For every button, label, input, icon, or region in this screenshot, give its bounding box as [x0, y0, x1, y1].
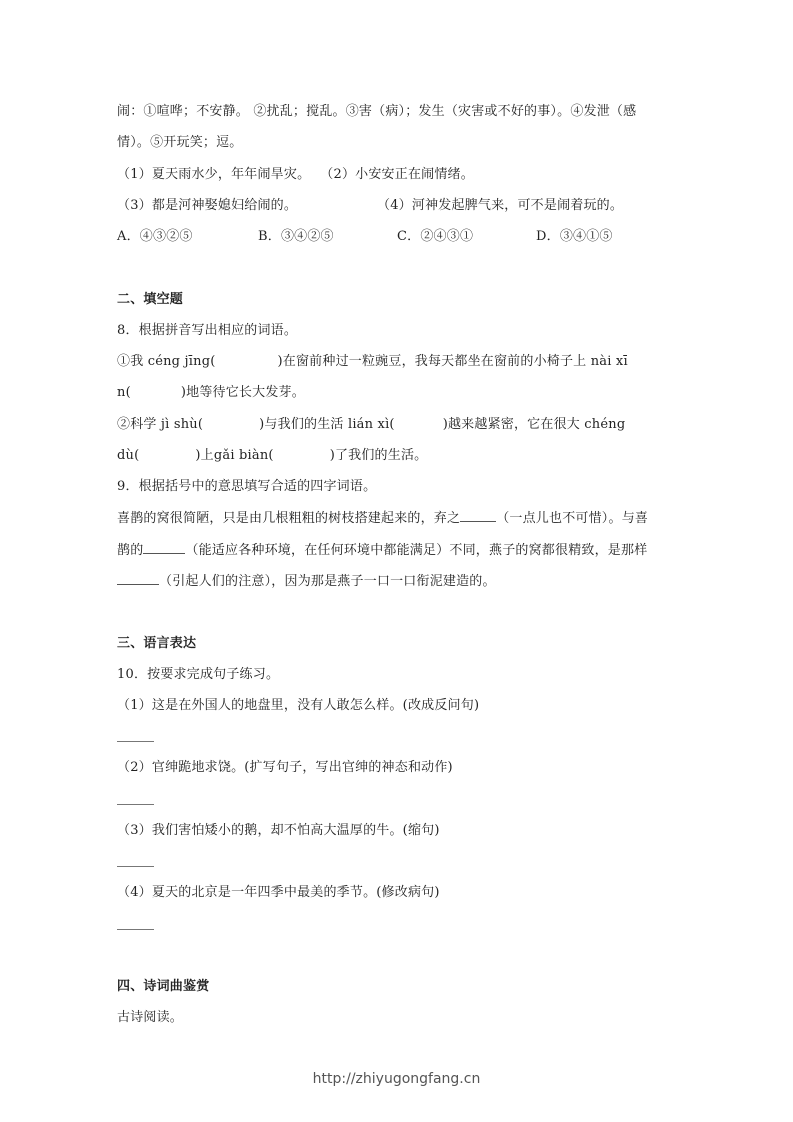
q9-prompt: 9．根据括号中的意思填写合适的四字词语。 [117, 478, 376, 496]
section-4-intro: 古诗阅读。 [117, 1009, 183, 1027]
option-d[interactable]: D．③④①⑤ [536, 229, 613, 244]
option-c[interactable]: C．②④③① [397, 228, 536, 246]
example-sentence-2: （2）小安安正在闹情绪。 [320, 167, 474, 182]
q8-line-2: n()地等待它长大发芽。 [117, 384, 305, 402]
example-sentences-row-2: （3）都是河神娶媳妇给闹的。（4）河神发起脾气来，可不是闹着玩的。 [117, 197, 623, 215]
definition-text: 闹：①喧哗；不安静。 ②扰乱；搅乱。③害（病）；发生（灾害或不好的事）。④发泄（… [117, 103, 636, 121]
q10-prompt: 10．按要求完成句子练习。 [117, 666, 279, 684]
q10-item-2: （2）官绅跪地求饶。(扩写句子，写出官绅的神态和动作) [117, 759, 453, 777]
q8-line-3: ②科学 jì shù()与我们的生活 lián xì()越来越紧密，它在很大 c… [117, 416, 625, 434]
q8-prompt: 8．根据拼音写出相应的词语。 [117, 322, 297, 340]
q9-line-1: 喜鹊的窝很简陋，只是由几根粗粗的树枝搭建起来的，弃之（一点儿也不可惜）。与喜 [117, 509, 648, 528]
q10-item-4: （4）夏天的北京是一年四季中最美的季节。(修改病句) [117, 884, 440, 902]
option-a[interactable]: A．④③②⑤ [117, 228, 258, 246]
section-2-heading: 二、填空题 [117, 291, 183, 309]
blank-attention[interactable] [117, 572, 159, 585]
answer-line-4[interactable] [117, 929, 154, 930]
q8-line-4: dù()上gǎi biàn()了我们的生活。 [117, 447, 427, 465]
section-3-heading: 三、语言表达 [117, 635, 196, 653]
q8-line-1: ①我 céng jīng()在窗前种过一粒豌豆，我每天都坐在窗前的小椅子上 nà… [117, 353, 628, 371]
q10-item-3: （3）我们害怕矮小的鹅，却不怕高大温厚的牛。(缩句) [117, 822, 440, 840]
blank-adaptable[interactable] [143, 541, 185, 554]
answer-line-1[interactable] [117, 741, 154, 742]
example-sentences-row-1: （1）夏天雨水少，年年闹旱灾。（2）小安安正在闹情绪。 [117, 166, 474, 184]
answer-line-3[interactable] [117, 866, 154, 867]
example-sentence-3: （3）都是河神娶媳妇给闹的。 [117, 197, 377, 215]
answer-line-2[interactable] [117, 804, 154, 805]
example-sentence-4: （4）河神发起脾气来，可不是闹着玩的。 [377, 198, 623, 213]
q9-line-3: （引起人们的注意），因为那是燕子一口一口衔泥建造的。 [117, 572, 496, 591]
section-4-heading: 四、诗词曲鉴赏 [117, 978, 209, 996]
footer-url[interactable]: http://zhiyugongfang.cn [0, 1071, 793, 1087]
definition-text-cont: 情）。⑤开玩笑；逗。 [117, 134, 243, 152]
q10-item-1: （1）这是在外国人的地盘里，没有人敢怎么样。(改成反问句) [117, 697, 479, 715]
blank-qi-zhi[interactable] [460, 509, 496, 522]
q9-line-2: 鹊的（能适应各种环境，在任何环境中都能满足）不同，燕子的窝都很精致，是那样 [117, 541, 647, 560]
answer-options: A．④③②⑤B．③④②⑤C．②④③①D．③④①⑤ [117, 228, 613, 246]
example-sentence-1: （1）夏天雨水少，年年闹旱灾。 [117, 167, 310, 182]
option-b[interactable]: B．③④②⑤ [258, 228, 397, 246]
